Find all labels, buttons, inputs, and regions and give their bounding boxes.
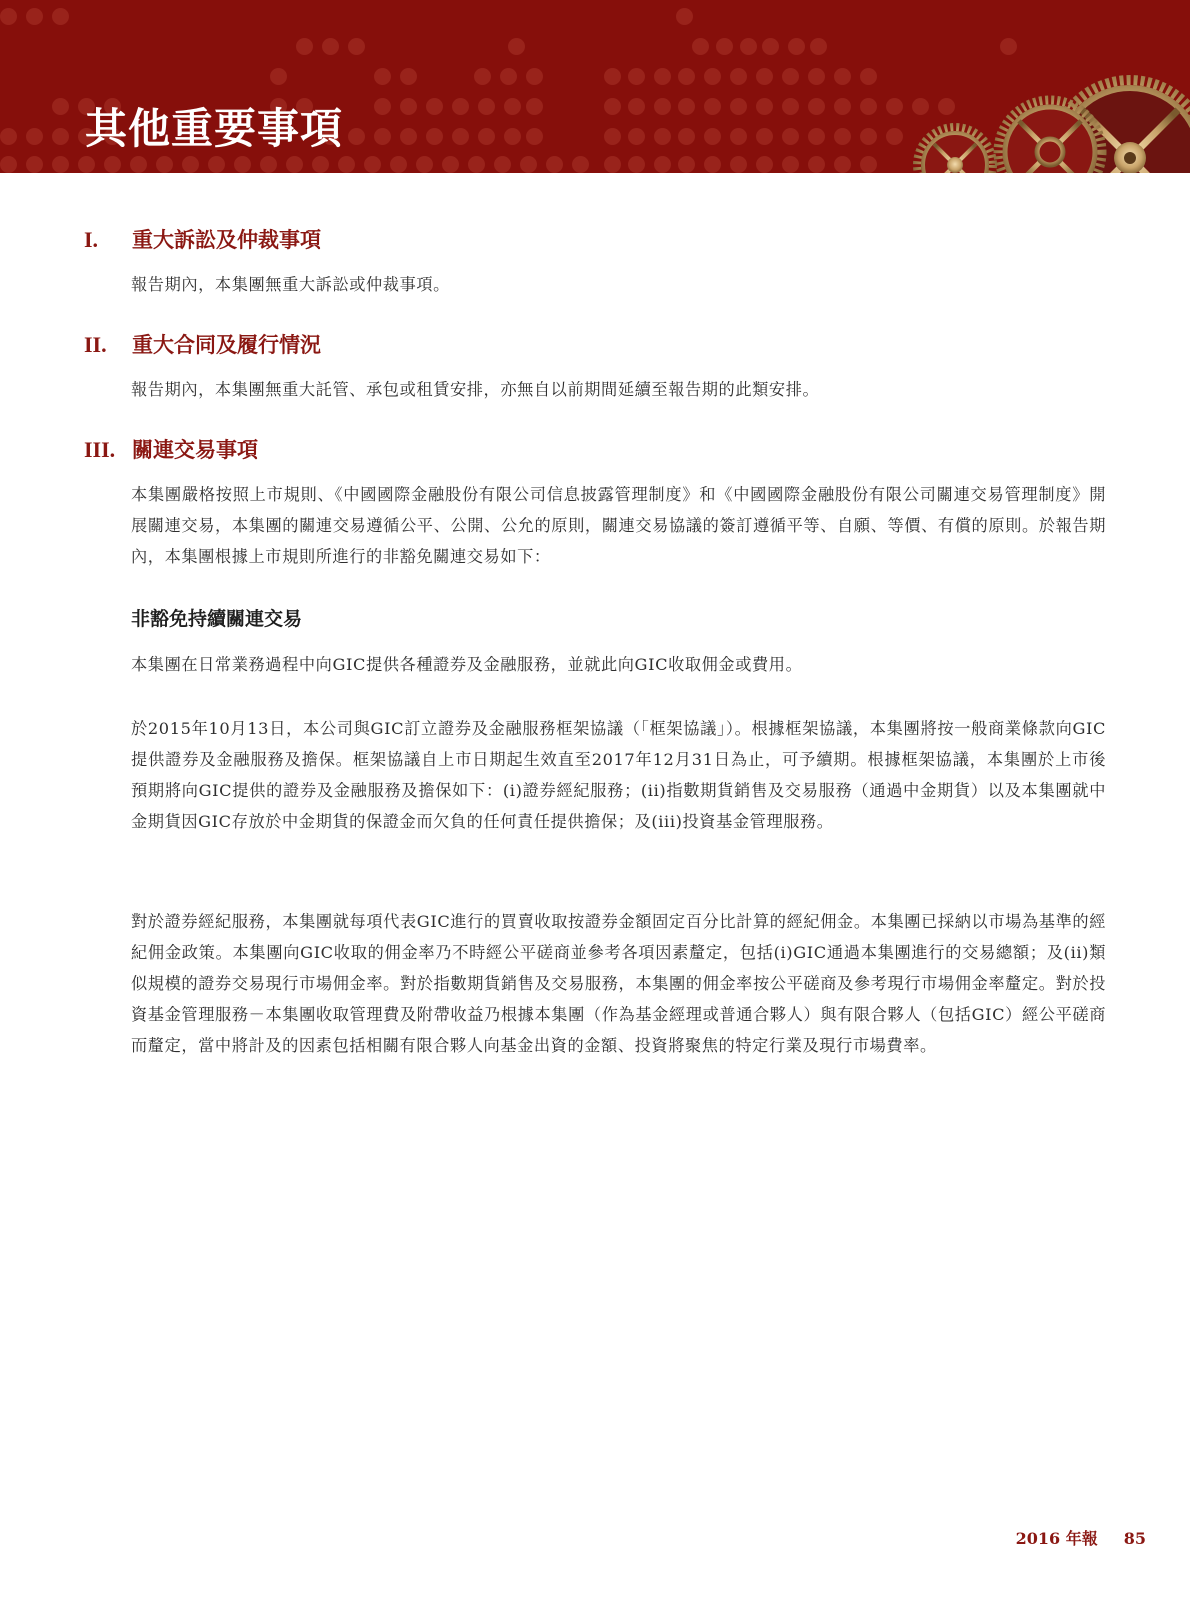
report-label: 2016 年報 bbox=[1016, 1526, 1098, 1549]
subsection-title: 非豁免持續關連交易 bbox=[131, 610, 302, 629]
section-title: 關連交易事項 bbox=[132, 439, 258, 460]
subsection-paragraph-3: 對於證券經紀服務，本集團就每項代表GIC進行的買賣收取按證券金額固定百分比計算的… bbox=[131, 906, 1106, 1061]
subsection-paragraph-1: 本集團在日常業務過程中向GIC提供各種證券及金融服務，並就此向GIC收取佣金或費… bbox=[131, 649, 1106, 680]
section-title: 重大訴訟及仲裁事項 bbox=[132, 229, 321, 250]
section-heading-litigation: I. 重大訴訟及仲裁事項 bbox=[84, 229, 321, 251]
section-number: II. bbox=[84, 334, 132, 356]
page-footer: 2016 年報 85 bbox=[1016, 1526, 1146, 1549]
section-body-connected-transactions: 本集團嚴格按照上市規則、《中國國際金融股份有限公司信息披露管理制度》和《中國國際… bbox=[131, 479, 1106, 572]
header-banner: 其他重要事項 bbox=[0, 0, 1190, 173]
page-number: 85 bbox=[1124, 1529, 1146, 1548]
gears-illustration-icon bbox=[900, 40, 1190, 173]
section-body-contracts: 報告期內，本集團無重大託管、承包或租賃安排，亦無自以前期間延續至報告期的此類安排… bbox=[131, 374, 1106, 405]
subsection-paragraph-2: 於2015年10月13日，本公司與GIC訂立證券及金融服務框架協議（「框架協議」… bbox=[131, 713, 1106, 837]
section-number: I. bbox=[84, 229, 132, 251]
page-title: 其他重要事項 bbox=[85, 108, 343, 150]
section-heading-contracts: II. 重大合同及履行情況 bbox=[84, 334, 321, 356]
section-number: III. bbox=[84, 439, 132, 461]
section-heading-connected-transactions: III. 關連交易事項 bbox=[84, 439, 258, 461]
section-body-litigation: 報告期內，本集團無重大訴訟或仲裁事項。 bbox=[131, 269, 1106, 300]
section-title: 重大合同及履行情況 bbox=[132, 334, 321, 355]
